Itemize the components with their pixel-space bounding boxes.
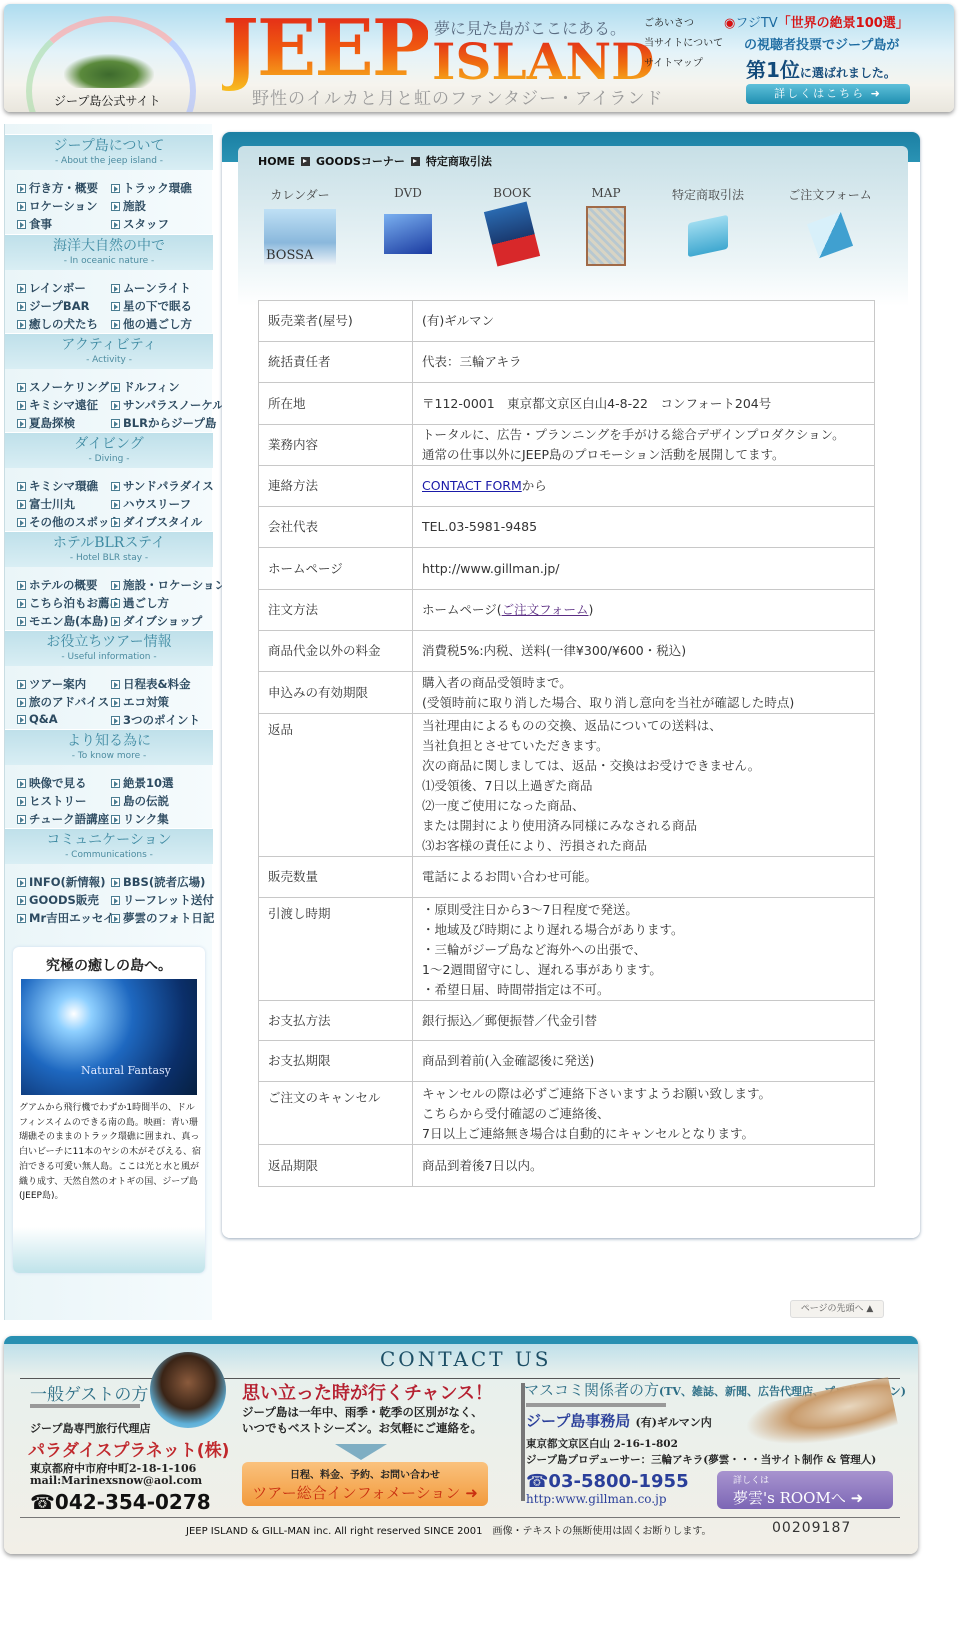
logo-island[interactable]: ISLAND (432, 34, 655, 90)
row-label-text: 業務内容 (268, 437, 318, 452)
contact-title: CONTACT US (380, 1347, 551, 1371)
section-subtitle: - Hotel BLR stay - (5, 552, 213, 564)
sidebar-item-label: トラック環礁 (123, 181, 192, 195)
table-row: 返品当社理由によるものの交換、返品についての送料は、当社負担とさせていただきます… (259, 714, 875, 857)
goods-label: 特定商取引法 (658, 186, 758, 203)
row-label: 販売業者(屋号) (259, 301, 413, 342)
office-name: ジープ島事務局 (有)ギルマン内 (526, 1410, 712, 1431)
arrow-box-icon (17, 302, 26, 311)
section-title: より知る為に (5, 732, 213, 750)
table-row: 注文方法ホームページ(ご注文フォーム) (259, 590, 875, 631)
goods-book[interactable]: BOOK (462, 186, 562, 262)
sidebar-item-label: Mr吉田エッセイ (29, 911, 115, 925)
divider (30, 1404, 140, 1408)
row-label-text: ホームページ (268, 561, 343, 576)
sidebar-item-label: 食事 (29, 217, 52, 231)
value-line: 商品到着後7日以内。 (422, 1156, 865, 1176)
sidebar-item-label: チューク語講座 (29, 812, 109, 826)
sidebar-item[interactable]: リーフレット送付 (111, 892, 214, 908)
section-subtitle: - In oceanic nature - (5, 255, 213, 267)
value-line: または開封により使用済み同様にみなされる商品 (422, 816, 865, 836)
tour-button-subtitle: 日程、料金、予約、お問い合わせ (242, 1466, 488, 1481)
sidebar-item-label: ホテルの概要 (29, 578, 97, 592)
documents-icon (688, 215, 728, 258)
sidebar-item-label: ジープBAR (29, 299, 89, 313)
sidebar-item-label: こちら泊もお薦め (29, 596, 121, 610)
arrow-box-icon (111, 202, 120, 211)
table-row: 引渡し時期・原則受注日から3〜7日程度で発送。・地域及び時期により遅れる場合があ… (259, 898, 875, 1001)
arrow-box-icon (111, 716, 120, 725)
sidebar-item[interactable]: リンク集 (111, 811, 169, 827)
award-name: 「世界の絶景100選」 (778, 16, 909, 31)
office-tel: ☎03-5800-1955 (526, 1471, 689, 1492)
arrow-box-icon (17, 284, 26, 293)
arrow-box-icon (17, 715, 26, 724)
sidebar-item-label: BLRからジープ島 (123, 416, 216, 430)
sidebar-item-label: サンドパラダイス (123, 479, 214, 493)
tour-info-button[interactable]: 日程、料金、予約、お問い合わせ ツアー総合インフォメーション ➜ (242, 1462, 488, 1506)
row-label: ご注文のキャンセル (259, 1082, 413, 1145)
row-label: 商品代金以外の料金 (259, 631, 413, 672)
table-row: ホームページhttp://www.gillman.jp/ (259, 548, 875, 590)
row-label-text: ご注文のキャンセル (268, 1090, 381, 1105)
sidebar-item-label: 映像で見る (29, 776, 87, 790)
value-line: ⑵一度ご使用になった商品、 (422, 796, 865, 816)
sidebar-section-header: より知る為に- To know more - (5, 729, 213, 765)
promo-title: 究極の癒しの島へ。 (13, 955, 205, 975)
sidebar-item[interactable]: サンパラスノーケル (111, 397, 224, 413)
nav-sitemap[interactable]: サイトマップ (644, 54, 703, 69)
sidebar-section-header: 海洋大自然の中で- In oceanic nature - (5, 234, 213, 270)
agency-name[interactable]: パラダイスプラネット(株) (28, 1436, 229, 1461)
sidebar-item[interactable]: チューク語講座 (17, 811, 109, 827)
agency-mail[interactable]: mail:Marinexsnow@aol.com (30, 1474, 202, 1487)
value-line: ⑴受領後、7日以上過ぎた商品 (422, 776, 865, 796)
section-title: ダイビング (5, 435, 213, 453)
sidebar-item-label: レインボー (29, 281, 86, 295)
sidebar-item[interactable]: 星の下で眠る (111, 298, 192, 314)
value-line: 消費税5%:内税、送料(一律¥300/¥600・税込) (422, 641, 865, 661)
sidebar-item[interactable]: Mr吉田エッセイ (17, 910, 115, 926)
sidebar-item-label: ムーンライト (123, 281, 191, 295)
section-subtitle: - About the jeep island - (5, 155, 213, 167)
sidebar-item[interactable]: スノーケリング (17, 379, 109, 395)
row-label-text: 注文方法 (268, 602, 318, 617)
guest-heading: 一般ゲストの方 (30, 1380, 148, 1405)
sidebar-item-label: エコ対策 (123, 695, 169, 709)
goods-label: カレンダー (250, 186, 350, 203)
value-line: 商品到着前(入金確認後に発送) (422, 1051, 865, 1071)
breadcrumb-goods[interactable]: GOODSコーナー (316, 155, 405, 168)
row-label-text: お支払方法 (268, 1013, 331, 1028)
section-subtitle: - Useful information - (5, 651, 213, 663)
contact-form-link[interactable]: CONTACT FORM (422, 478, 522, 493)
arrow-box-icon (111, 680, 120, 689)
sidebar-item[interactable]: Q&A (17, 712, 58, 726)
award-rank: 第1位 (746, 58, 800, 82)
row-label-text: 統括責任者 (268, 354, 331, 369)
office-producer: ジープ島プロデューサー：三輪アキラ(夢雲・・・当サイト制作 & 管理人) (526, 1452, 876, 1467)
island-graphic (64, 54, 154, 88)
sidebar-item[interactable]: 癒しの犬たち (17, 316, 98, 332)
arrow-box-icon (111, 617, 120, 626)
page-top-button[interactable]: ページの先頭へ ▲ (790, 1300, 884, 1318)
order-form-link[interactable]: ご注文フォーム (502, 602, 589, 617)
sidebar-item-label: キミシマ環礁 (29, 479, 98, 493)
sidebar-item[interactable]: ダイブショップ (111, 613, 202, 629)
value-line: 当社理由によるものの交換、返品についての送料は、 (422, 716, 865, 736)
sidebar-item[interactable]: 行き方・概要 (17, 180, 98, 196)
sidebar-item[interactable]: トラック環礁 (111, 180, 192, 196)
row-label: 連絡方法 (259, 466, 413, 507)
goods-map[interactable]: MAP (556, 186, 656, 266)
sidebar-item[interactable]: キミシマ遠征 (17, 397, 98, 413)
promo-image: Natural Fantasy (21, 979, 197, 1095)
agency-subtitle: ジープ島専門旅行代理店 (30, 1420, 150, 1436)
sidebar-item-label: BBS(読者広場) (123, 875, 205, 889)
sidebar-item[interactable]: 施設 (111, 198, 146, 214)
row-label-text: 会社代表 (268, 519, 318, 534)
sidebar-item-label: 行き方・概要 (29, 181, 98, 195)
sidebar-item[interactable]: エコ対策 (111, 694, 169, 710)
row-label-text: 返品 (268, 722, 293, 737)
arrow-box-icon (17, 896, 26, 905)
value-line: ・三輪がジープ島など海外への出張で、 (422, 940, 865, 960)
sidebar-item[interactable]: ムーンライト (111, 280, 191, 296)
sidebar-item[interactable]: 夢雲のフォト日記 (111, 910, 214, 926)
goods-order-form[interactable]: ご注文フォーム (780, 186, 880, 253)
dvd-thumbnail (384, 214, 432, 254)
sidebar-item[interactable]: ダイブスタイル (111, 514, 202, 530)
row-value: 商品到着前(入金確認後に発送) (413, 1041, 875, 1082)
agency-tel: ☎042-354-0278 (30, 1490, 211, 1514)
value-suffix: から (522, 478, 547, 493)
promo-text: グアムから飛行機でわずか1時間半の、ドルフィンスイムのできる南の島。映画：青い珊… (19, 1101, 201, 1204)
table-row: 申込みの有効期限購入者の商品受領時まで。(受領時前に取り消した場合、取り消し意向… (259, 672, 875, 714)
sidebar-item-label: 星の下で眠る (123, 299, 192, 313)
office-address: 東京都文京区白山 2-16-1-802 (526, 1436, 678, 1451)
visitor-counter: 00209187 (772, 1520, 851, 1536)
arrow-box-icon (17, 914, 26, 923)
arrow-box-icon (17, 779, 26, 788)
sidebar-item[interactable]: 他の過ごし方 (111, 316, 192, 332)
sidebar-item[interactable]: 過ごし方 (111, 595, 169, 611)
goods-tokusho[interactable]: 特定商取引法 (658, 186, 758, 253)
sidebar-item-label: 絶景10選 (123, 776, 174, 790)
arrow-box-icon (111, 284, 120, 293)
award-line3-text: に選ばれました。 (800, 66, 896, 80)
sidebar-item-label: ドルフィン (123, 380, 180, 394)
sidebar-item[interactable]: ツアー案内 (17, 676, 86, 692)
sidebar-item[interactable]: ハウスリーフ (111, 496, 191, 512)
sidebar-item-label: 癒しの犬たち (29, 317, 98, 331)
section-subtitle: - Diving - (5, 453, 213, 465)
table-row: 販売業者(屋号)(有)ギルマン (259, 301, 875, 342)
sidebar-item-label: スタッフ (123, 217, 169, 231)
subcatch: 野性のイルカと月と虹のファンタジー・アイランド (252, 84, 663, 109)
media-heading-text: マスコミ関係者の方 (524, 1381, 659, 1399)
arrow-box-icon (111, 815, 120, 824)
sidebar-item[interactable]: 夏島探検 (17, 415, 75, 431)
sidebar-item[interactable]: 映像で見る (17, 775, 87, 791)
table-row: 会社代表TEL.03-5981-9485 (259, 507, 875, 548)
office-sub: (有)ギルマン内 (636, 1416, 712, 1429)
sidebar-item[interactable]: ドルフィン (111, 379, 180, 395)
guide-photo (150, 1352, 226, 1428)
arrow-box-icon (111, 581, 120, 590)
goods-label: BOOK (462, 186, 562, 200)
sidebar-item-label: GOODS販売 (29, 893, 99, 907)
sidebar-item[interactable]: ホテルの概要 (17, 577, 97, 593)
breadcrumb-home[interactable]: HOME (258, 155, 295, 168)
section-title: お役立ちツアー情報 (5, 633, 213, 651)
nav-greeting[interactable]: ごあいさつ (644, 14, 694, 29)
value-line: こちらから受付確認のご連絡後、 (422, 1104, 865, 1124)
sidebar-item[interactable]: その他のスポット (17, 514, 121, 530)
section-subtitle: - Activity - (5, 354, 213, 366)
table-row: 販売数量電話によるお問い合わせ可能。 (259, 857, 875, 898)
value-line: 電話によるお問い合わせ可能。 (422, 867, 865, 887)
row-label-text: 返品期限 (268, 1158, 318, 1173)
arrow-box-icon (111, 220, 120, 229)
arrow-box-icon (111, 383, 120, 392)
value-prefix: ホームページ( (422, 602, 502, 617)
table-row: 所在地〒112-0001 東京都文京区白山4-8-22 コンフォート204号 (259, 383, 875, 425)
award-line2: の視聴者投票でジープ島が (744, 34, 899, 53)
calendar-thumbnail: BOSSA (264, 209, 336, 265)
arrow-box-icon (17, 184, 26, 193)
table-row: 業務内容トータルに、広告・プランニングを手がける総合デザインプロダクション。通常… (259, 425, 875, 466)
section-subtitle: - To know more - (5, 750, 213, 762)
arrow-box-icon (17, 581, 26, 590)
chance-heading: 思い立った時が行くチャンス！ (242, 1379, 493, 1405)
breadcrumb: HOMEGOODSコーナー特定商取引法 (258, 153, 492, 169)
sidebar-item[interactable]: 日程表&料金 (111, 676, 191, 692)
table-row: 統括責任者代表：三輪アキラ (259, 342, 875, 383)
row-value: 〒112-0001 東京都文京区白山4-8-22 コンフォート204号 (413, 383, 875, 425)
sidebar-item[interactable]: こちら泊もお薦め (17, 595, 121, 611)
value-line: 〒112-0001 東京都文京区白山4-8-22 コンフォート204号 (422, 394, 865, 414)
sidebar-item-label: ヒストリー (29, 794, 87, 808)
row-label-text: 引渡し時期 (268, 906, 331, 921)
row-label: 注文方法 (259, 590, 413, 631)
row-label: 業務内容 (259, 425, 413, 466)
row-label-text: 商品代金以外の料金 (268, 643, 381, 658)
sidebar-item-label: 旅のアドバイス (29, 695, 109, 709)
copyright: JEEP ISLAND & GILL-MAN inc. All right re… (186, 1522, 712, 1537)
sidebar-item-label: ロケーション (29, 199, 98, 213)
row-value: 電話によるお問い合わせ可能。 (413, 857, 875, 898)
row-value: ホームページ(ご注文フォーム) (413, 590, 875, 631)
sidebar-item[interactable]: GOODS販売 (17, 892, 99, 908)
sidebar-item-label: キミシマ遠征 (29, 398, 98, 412)
row-value: 消費税5%:内税、送料(一律¥300/¥600・税込) (413, 631, 875, 672)
row-value: ・原則受注日から3〜7日程度で発送。・地域及び時期により遅れる場合があります。・… (413, 898, 875, 1001)
value-line: 次の商品に関しましては、返品・交換はお受けできません。 (422, 756, 865, 776)
award-detail-button[interactable]: 詳しくはこちら ➜ (746, 84, 910, 104)
sidebar-item[interactable]: 島の伝説 (111, 793, 169, 809)
sidebar-item-label: ハウスリーフ (123, 497, 191, 511)
row-value: CONTACT FORMから (413, 466, 875, 507)
goods-label: ご注文フォーム (780, 186, 880, 203)
row-value: キャンセルの際は必ずご連絡下さいますようお願い致します。こちらから受付確認のご連… (413, 1082, 875, 1145)
sidebar-item-label: サンパラスノーケル (123, 398, 224, 412)
sidebar-item[interactable]: レインボー (17, 280, 86, 296)
arrow-box-icon (111, 419, 120, 428)
arrow-right-icon (411, 157, 420, 166)
sidebar-item[interactable]: サンドパラダイス (111, 478, 214, 494)
arrow-box-icon (17, 500, 26, 509)
sidebar-section-header: コミュニケーション- Communications - (5, 828, 213, 864)
section-title: 海洋大自然の中で (5, 237, 213, 255)
value-line: ・希望日届、時間帯指定は不可。 (422, 980, 865, 1000)
goods-dvd[interactable]: DVD (358, 186, 458, 254)
logo-jeep[interactable]: JEEP (222, 6, 428, 92)
arrow-box-icon (111, 518, 120, 527)
office-title: ジープ島事務局 (526, 1412, 630, 1430)
arrow-box-icon (111, 500, 120, 509)
arrow-box-icon (17, 617, 26, 626)
arrow-box-icon (111, 698, 120, 707)
row-label: 販売数量 (259, 857, 413, 898)
sidebar-item-label: リーフレット送付 (123, 893, 214, 907)
sidebar-item-label: 夢雲のフォト日記 (123, 911, 214, 925)
goods-label: DVD (358, 186, 458, 200)
sidebar-item[interactable]: キミシマ環礁 (17, 478, 98, 494)
sidebar-item[interactable]: ロケーション (17, 198, 98, 214)
row-label-text: 販売数量 (268, 869, 318, 884)
sidebar: ジープ島について- About the jeep island -行き方・概要ト… (4, 124, 212, 1320)
value-line: 当社負担とさせていただきます。 (422, 736, 865, 756)
room-button-label: 夢雲's ROOMへ ➜ (733, 1487, 863, 1508)
arrow-box-icon (111, 599, 120, 608)
arrow-box-icon (111, 914, 120, 923)
fuji-tv-icon: ◉ (724, 16, 735, 31)
room-button-subtitle: 詳しくは (733, 1473, 769, 1486)
sidebar-item[interactable]: ジープBAR (17, 298, 89, 314)
sidebar-item-label: 施設・ロケーション (123, 578, 226, 592)
sidebar-item-label: 3つのポイント (123, 713, 200, 727)
sidebar-item-label: ダイブショップ (123, 614, 202, 628)
value-line: (有)ギルマン (422, 311, 865, 331)
sidebar-item[interactable]: 旅のアドバイス (17, 694, 109, 710)
goods-calendar[interactable]: カレンダー BOSSA (250, 186, 350, 265)
sidebar-item[interactable]: INFO(新情報) (17, 874, 106, 890)
row-label-text: お支払期限 (268, 1053, 331, 1068)
row-label-text: 申込みの有効期限 (268, 685, 368, 700)
row-label: 返品 (259, 714, 413, 857)
sidebar-section-header: お役立ちツアー情報- Useful information - (5, 630, 213, 666)
row-value: http://www.gillman.jp/ (413, 548, 875, 590)
chance-text-1: ジープ島は一年中、雨季・乾季の区別がなく、 (242, 1404, 483, 1420)
map-thumbnail (586, 206, 626, 266)
sidebar-item[interactable]: 食事 (17, 216, 52, 232)
office-url[interactable]: http:www.gillman.co.jp (526, 1492, 667, 1506)
value-line: 通常の仕事以外にJEEP島のプロモーション活動を展開してます。 (422, 445, 865, 465)
arrow-box-icon (17, 797, 26, 806)
sidebar-item[interactable]: BBS(読者広場) (111, 874, 205, 890)
value-line: キャンセルの際は必ずご連絡下さいますようお願い致します。 (422, 1084, 865, 1104)
nav-about-site[interactable]: 当サイトについて (644, 34, 723, 49)
promo-box[interactable]: 究極の癒しの島へ。Natural Fantasyグアムから飛行機でわずか1時間半… (13, 947, 205, 1273)
down-arrow-icon (335, 1444, 387, 1460)
row-label: 統括責任者 (259, 342, 413, 383)
arrow-box-icon (111, 797, 120, 806)
arrow-box-icon (17, 401, 26, 410)
value-line: TEL.03-5981-9485 (422, 517, 865, 537)
row-label: お支払期限 (259, 1041, 413, 1082)
wave-graphic (13, 1227, 205, 1273)
table-row: 商品代金以外の料金消費税5%:内税、送料(一律¥300/¥600・税込) (259, 631, 875, 672)
sidebar-item-label: その他のスポット (29, 515, 121, 529)
arrow-box-icon (17, 680, 26, 689)
row-label: 申込みの有効期限 (259, 672, 413, 714)
value-line: 銀行振込／郵便振替／代金引替 (422, 1011, 865, 1031)
table-row: 返品期限商品到着後7日以内。 (259, 1145, 875, 1187)
breadcrumb-current: 特定商取引法 (426, 155, 492, 168)
arrow-box-icon (111, 401, 120, 410)
arrow-box-icon (17, 320, 26, 329)
arrow-box-icon (111, 878, 120, 887)
sidebar-item[interactable]: モエン島(本島) (17, 613, 109, 629)
promo-image-caption: Natural Fantasy (81, 1065, 171, 1076)
sidebar-item[interactable]: ヒストリー (17, 793, 87, 809)
tokusho-table: 販売業者(屋号)(有)ギルマン統括責任者代表：三輪アキラ所在地〒112-0001… (258, 300, 875, 1187)
row-label: 会社代表 (259, 507, 413, 548)
section-title: アクティビティ (5, 336, 213, 354)
table-row: 連絡方法CONTACT FORMから (259, 466, 875, 507)
row-label: 引渡し時期 (259, 898, 413, 1001)
value-line: http://www.gillman.jp/ (422, 559, 865, 579)
value-line: トータルに、広告・プランニングを手がける総合デザインプロダクション。 (422, 425, 865, 445)
arrow-box-icon (17, 518, 26, 527)
divider (526, 1403, 666, 1407)
sidebar-item-label: 日程表&料金 (123, 677, 191, 691)
sidebar-item[interactable]: 3つのポイント (111, 712, 200, 728)
row-label: 所在地 (259, 383, 413, 425)
sidebar-item[interactable]: スタッフ (111, 216, 169, 232)
section-title: ホテルBLRステイ (5, 534, 213, 552)
arrow-box-icon (17, 698, 26, 707)
sidebar-item-label: ツアー案内 (29, 677, 86, 691)
divider (20, 1517, 900, 1518)
sidebar-item-label: 夏島探検 (29, 416, 75, 430)
sidebar-item[interactable]: 富士川丸 (17, 496, 75, 512)
sidebar-item-label: 過ごし方 (123, 596, 169, 610)
sidebar-item[interactable]: 絶景10選 (111, 775, 174, 791)
sidebar-item-label: 他の過ごし方 (123, 317, 192, 331)
sidebar-item[interactable]: 施設・ロケーション (111, 577, 226, 593)
section-title: ジープ島について (5, 137, 213, 155)
arrow-box-icon (17, 815, 26, 824)
arrow-box-icon (111, 184, 120, 193)
site-label: ジープ島公式サイト (54, 92, 161, 109)
sidebar-item[interactable]: BLRからジープ島 (111, 415, 216, 431)
arrow-right-icon (301, 157, 310, 166)
sidebar-item-label: モエン島(本島) (29, 614, 109, 628)
arrow-box-icon (111, 896, 120, 905)
sidebar-item-label: Q&A (29, 712, 58, 726)
sidebar-section-header: アクティビティ- Activity - (5, 333, 213, 369)
arrow-box-icon (111, 482, 120, 491)
row-value: TEL.03-5981-9485 (413, 507, 875, 548)
room-button[interactable]: 詳しくは 夢雲's ROOMへ ➜ (717, 1471, 893, 1509)
value-line: 代表：三輪アキラ (422, 352, 865, 372)
arrow-box-icon (111, 779, 120, 788)
row-value: (有)ギルマン (413, 301, 875, 342)
value-line: ⑶お客様の責任により、汚損された商品 (422, 836, 865, 856)
value-line: ・地域及び時期により遅れる場合があります。 (422, 920, 865, 940)
